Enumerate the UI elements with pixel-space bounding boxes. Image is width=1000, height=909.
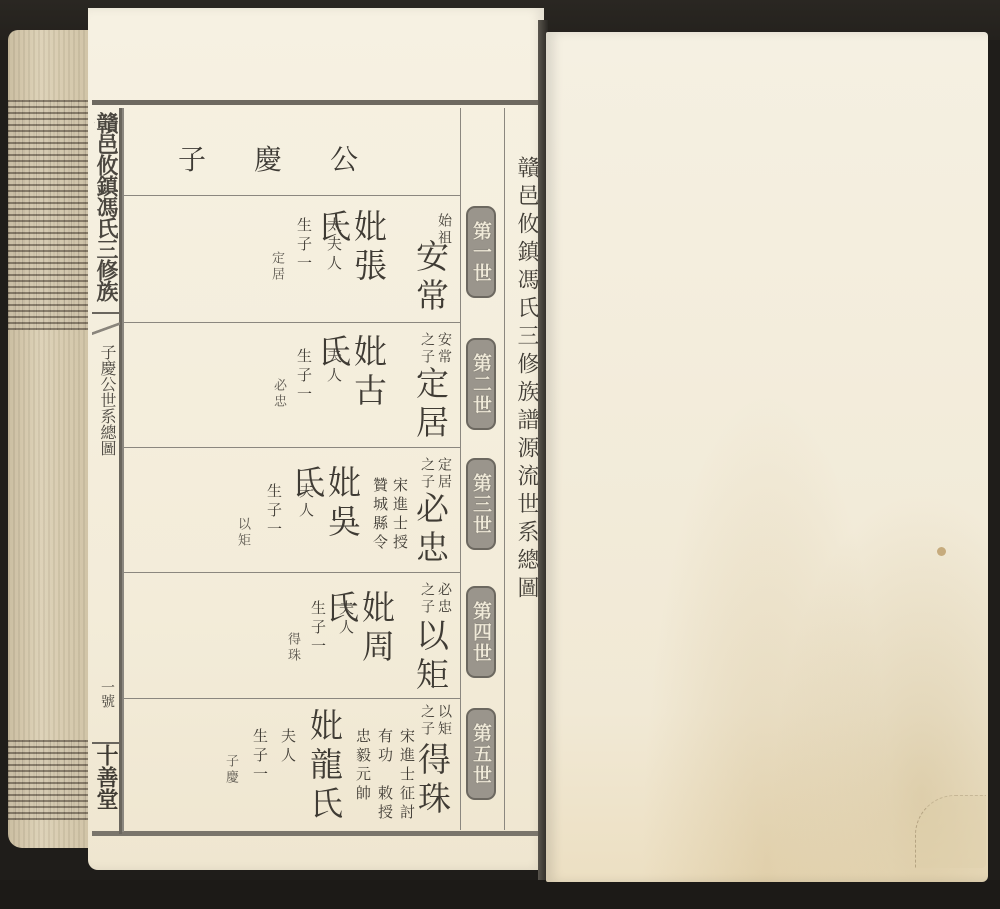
generation-row-2: 安常之子 定居 妣古氏 夫人 生子一 必忠: [124, 322, 460, 448]
lineage-grid: 子慶公 始祖 安常 妣張氏 太夫人 生子一 定居 安常之子 定居 妣古氏 夫人 …: [124, 108, 461, 830]
person-name: 以矩: [412, 618, 448, 698]
spine-hall-name: 十善堂: [92, 742, 120, 832]
spine-book-title: 贛邑攸鎮馮氏三修族譜: [94, 112, 118, 308]
spine-volume-number: 一號: [96, 680, 118, 730]
page-edge-printed-band-bottom: [8, 740, 90, 820]
spouse-title: 夫人: [297, 483, 314, 523]
foxing-stain: [937, 547, 946, 556]
child-name: 以矩: [235, 517, 250, 557]
spine-section-title: 子慶公世系總圖: [96, 344, 118, 494]
generation-badge-1: 第一世: [466, 206, 496, 298]
header-cell: 子慶公: [124, 108, 460, 196]
generation-label-column: 第一世 第二世 第三世 第四世 第五世: [460, 108, 505, 830]
children-count: 生子一: [251, 728, 268, 788]
generation-row-3: 定居之子 必忠 宋進士授贊城縣令 妣吳氏 夫人 生子一 以矩: [124, 447, 460, 573]
torn-corner: [915, 795, 986, 868]
generation-badge-3: 第三世: [466, 458, 496, 550]
generation-row-1: 始祖 安常 妣張氏 太夫人 生子一 定居: [124, 195, 460, 323]
person-name: 定居: [412, 366, 448, 446]
generation-badge-2: 第二世: [466, 338, 496, 430]
chart-title: 贛邑攸鎮馮氏三修族譜源流世系總圖: [513, 156, 539, 826]
child-name: 定居: [269, 251, 284, 291]
relation-text: 以矩之子: [418, 704, 452, 744]
person-name: 得珠: [414, 742, 450, 822]
spouse-name: 妣周氏: [322, 590, 394, 700]
child-name: 子慶: [223, 754, 238, 794]
backdrop-bottom: [0, 880, 1000, 909]
relation-text: 必忠之子: [418, 582, 452, 622]
note-line: 宋進士征討: [398, 728, 416, 823]
children-count: 生子一: [309, 600, 326, 660]
note-line: 有功 敕授: [376, 728, 394, 823]
children-count: 生子一: [295, 217, 312, 277]
ancestor-heading: 子慶公: [124, 138, 460, 178]
generation-badge-4: 第四世: [466, 586, 496, 678]
note-line: 城縣令: [371, 496, 389, 553]
spouse-title: 夫人: [337, 600, 354, 640]
spouse-title: 夫人: [325, 348, 342, 388]
generation-row-5: 以矩之子 得珠 宋進士征討有功 敕授忠毅元帥 妣龍氏 夫人 生子一 子慶: [124, 698, 460, 830]
note-line: 忠毅元帥: [354, 728, 372, 804]
child-name: 得珠: [285, 632, 300, 672]
child-name: 必忠: [271, 378, 286, 418]
spouse-title: 夫人: [279, 728, 296, 768]
person-notes: 宋進士授贊城縣令: [370, 477, 410, 567]
spouse-name: 妣龍氏: [306, 708, 342, 828]
person-name: 必忠: [412, 491, 448, 571]
person-notes: 宋進士征討有功 敕授忠毅元帥: [352, 728, 418, 824]
generation-row-4: 必忠之子 以矩 妣周氏 夫人 生子一 得珠: [124, 572, 460, 699]
page-edge-printed-band-top: [8, 100, 90, 330]
right-page-blank: [546, 32, 988, 882]
person-name: 安常: [412, 239, 448, 319]
fish-tail-mark-icon: [92, 312, 120, 344]
spouse-title: 太夫人: [325, 217, 342, 277]
children-count: 生子一: [265, 483, 282, 543]
generation-badge-5: 第五世: [466, 708, 496, 800]
children-count: 生子一: [295, 348, 312, 408]
